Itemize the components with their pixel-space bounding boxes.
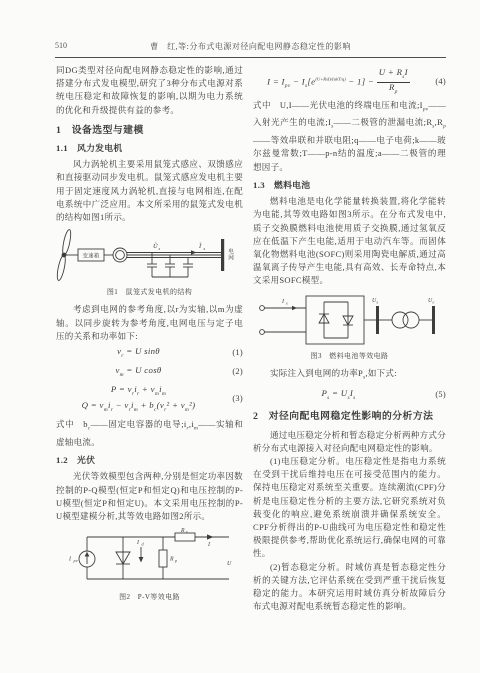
- paragraph-fuel-cell: 燃料电池是电化学能量转换装置,将化学能转为电能,其等效电路如图3所示。在分布式发…: [253, 195, 446, 287]
- svg-text:I: I: [68, 557, 72, 563]
- section-1-3-heading: 1.3 燃料电池: [253, 179, 446, 192]
- paper-page: 510 曹 红,等:分布式电源对径向配电网静态稳定性的影响 同DG类型对径向配电…: [0, 0, 480, 673]
- figure-2-caption: 图2 P-V等效电路: [56, 591, 243, 604]
- grid-bus-bar: [221, 239, 224, 271]
- svg-text:R: R: [180, 528, 185, 534]
- equation-1: vr = U sinθ (1): [56, 345, 243, 362]
- output-current-label: I: [207, 542, 211, 548]
- svg-text:s: s: [159, 246, 161, 251]
- paragraph-where-pv: 式中 U,I——光伏电池的终端电压和电流;Ipv——入射光产生的电流;Is——二…: [253, 99, 446, 174]
- equation-2-number: (2): [221, 366, 243, 378]
- svg-text:d: d: [141, 542, 144, 547]
- input-current-label: Is: [281, 299, 297, 310]
- figure-1-caption: 图1 鼠笼式发电机的结构: [56, 286, 243, 299]
- section-2-heading: 2 对径向配电网稳定性影响的分析方法: [253, 410, 446, 423]
- svg-text:I: I: [136, 540, 140, 546]
- input-terminal-top: [259, 305, 264, 310]
- diode-icon: [116, 537, 130, 579]
- paragraph-method: 通过电压稳定分析和暂态稳定分析两种方式分析分布式电源接入对径向配电网稳定性的影响…: [253, 429, 446, 455]
- svg-text:s: s: [376, 299, 378, 304]
- paragraph-voltage-stability: (1)电压稳定分析。电压稳定性是指电力系统在受到干扰后维持电压在可接受范围内的能…: [253, 455, 446, 561]
- running-title: 曹 红,等:分布式电源对径向配电网静态稳定性的影响: [55, 41, 446, 52]
- inverter-voltage-label: Us: [372, 298, 379, 305]
- paragraph-inject: 实际注入到电网的功率Ps,如下式:: [253, 367, 446, 385]
- current-arrow: [191, 250, 197, 255]
- svg-text:s: s: [204, 246, 206, 251]
- paragraph-pv: 光伏等效模型包含两种,分别是恒定功率因数控制的P-Q模型(恒定P和恒定Q)和电压…: [56, 470, 243, 523]
- equation-5-number: (5): [424, 389, 446, 401]
- section-1-1-heading: 1.1 风力发电机: [56, 142, 243, 155]
- current-source-icon: Ipv: [68, 537, 95, 579]
- figure-1: 变速箱 Ũ s Ĩ s: [56, 228, 243, 299]
- transformer-icon: [392, 312, 419, 328]
- stator-current-label: Ĩ s: [198, 242, 206, 251]
- svg-text:s: s: [186, 529, 188, 534]
- grid-bus-bar: [432, 306, 435, 334]
- input-terminal-bottom: [259, 329, 264, 334]
- stator-voltage-label: Ũ s: [153, 242, 161, 251]
- inverter-box: [306, 296, 364, 344]
- terminal-voltage-label: U: [227, 561, 232, 567]
- svg-text:变速箱: 变速箱: [82, 252, 99, 260]
- equation-5: Ps = UsIs (5): [253, 387, 446, 404]
- fraction: U + RsIRp: [377, 68, 410, 97]
- svg-text:I: I: [281, 299, 285, 305]
- pv-equivalent-circuit: Rs I U Ipv: [57, 527, 243, 589]
- figure-2: Rs I U Ipv: [56, 527, 243, 604]
- right-column: I = Ipv − Is[e(U+RsI)/(akT/q) − 1] − U +…: [253, 64, 446, 613]
- svg-text:Ĩ: Ĩ: [198, 242, 202, 250]
- svg-text:R: R: [169, 557, 174, 563]
- three-phase-lines: [127, 253, 221, 258]
- equation-1-number: (1): [221, 347, 243, 359]
- paragraph-transient-stability: (2)暂态稳定分析。时域仿真是暂态稳定性分析的关键方法,它评估系统在受到严重干扰…: [253, 561, 446, 614]
- series-resistor: Rs: [175, 528, 195, 541]
- section-1-2-heading: 1.2 光伏: [56, 454, 243, 467]
- output-current-arrow: [207, 535, 214, 540]
- inverter-bus-bar: [376, 306, 379, 334]
- gearbox-box: 变速箱: [78, 249, 104, 261]
- section-1-heading: 1 设备选型与建模: [56, 124, 243, 137]
- svg-text:pv: pv: [72, 558, 78, 563]
- equation-4-number: (4): [424, 76, 446, 88]
- wind-generator-diagram: 变速箱 Ũ s Ĩ s: [56, 228, 243, 284]
- figure-3-caption: 图3 燃料电池等效电路: [253, 350, 446, 363]
- diode-current-arrow: Id: [136, 540, 145, 563]
- left-column: 同DG类型对径向配电网静态稳定性的影响,通过搭建分布式发电模型,研究了3种分布式…: [56, 64, 243, 608]
- equation-3-number: (3): [221, 393, 243, 405]
- figure-3: Is Us: [253, 292, 446, 363]
- page-header: 510 曹 红,等:分布式电源对径向配电网静态稳定性的影响: [55, 41, 446, 55]
- capacitor-bank: [147, 253, 193, 278]
- grid-voltage-label: Ue: [428, 298, 435, 305]
- grid-label: 电网: [227, 247, 234, 262]
- equation-4: I = Ipv − Is[e(U+RsI)/(akT/q) − 1] − U +…: [253, 68, 446, 97]
- svg-text:Ũ: Ũ: [153, 242, 158, 250]
- paragraph-axis: 考虑到电网的参考角度,以r为实轴,以m为虚轴。以同步旋转为参考角度,电网电压与定…: [56, 303, 243, 343]
- equation-2: vm = U cosθ (2): [56, 364, 243, 381]
- header-rule: [55, 57, 446, 58]
- paragraph-wind: 风力涡轮机主要采用鼠笼式感应、双馈感应和直接驱动同步发电机。鼠笼式感应发电机主要…: [56, 158, 243, 224]
- fuel-cell-circuit: Is Us: [254, 292, 446, 348]
- generator-circle: [113, 248, 127, 262]
- paragraph-where-wind: 式中 bc——固定电容器的电导;ir,im——实轴和虚轴电流。: [56, 418, 243, 449]
- svg-text:s: s: [286, 300, 288, 305]
- paragraph-intro: 同DG类型对径向配电网静态稳定性的影响,通过搭建分布式发电模型,研究了3种分布式…: [56, 64, 243, 117]
- equation-3: P = vrir + vmim Q = vmir − vrim + bc(vr²…: [56, 383, 243, 417]
- svg-text:e: e: [432, 299, 434, 304]
- svg-text:p: p: [174, 558, 177, 563]
- shunt-resistor: Rp: [159, 537, 177, 579]
